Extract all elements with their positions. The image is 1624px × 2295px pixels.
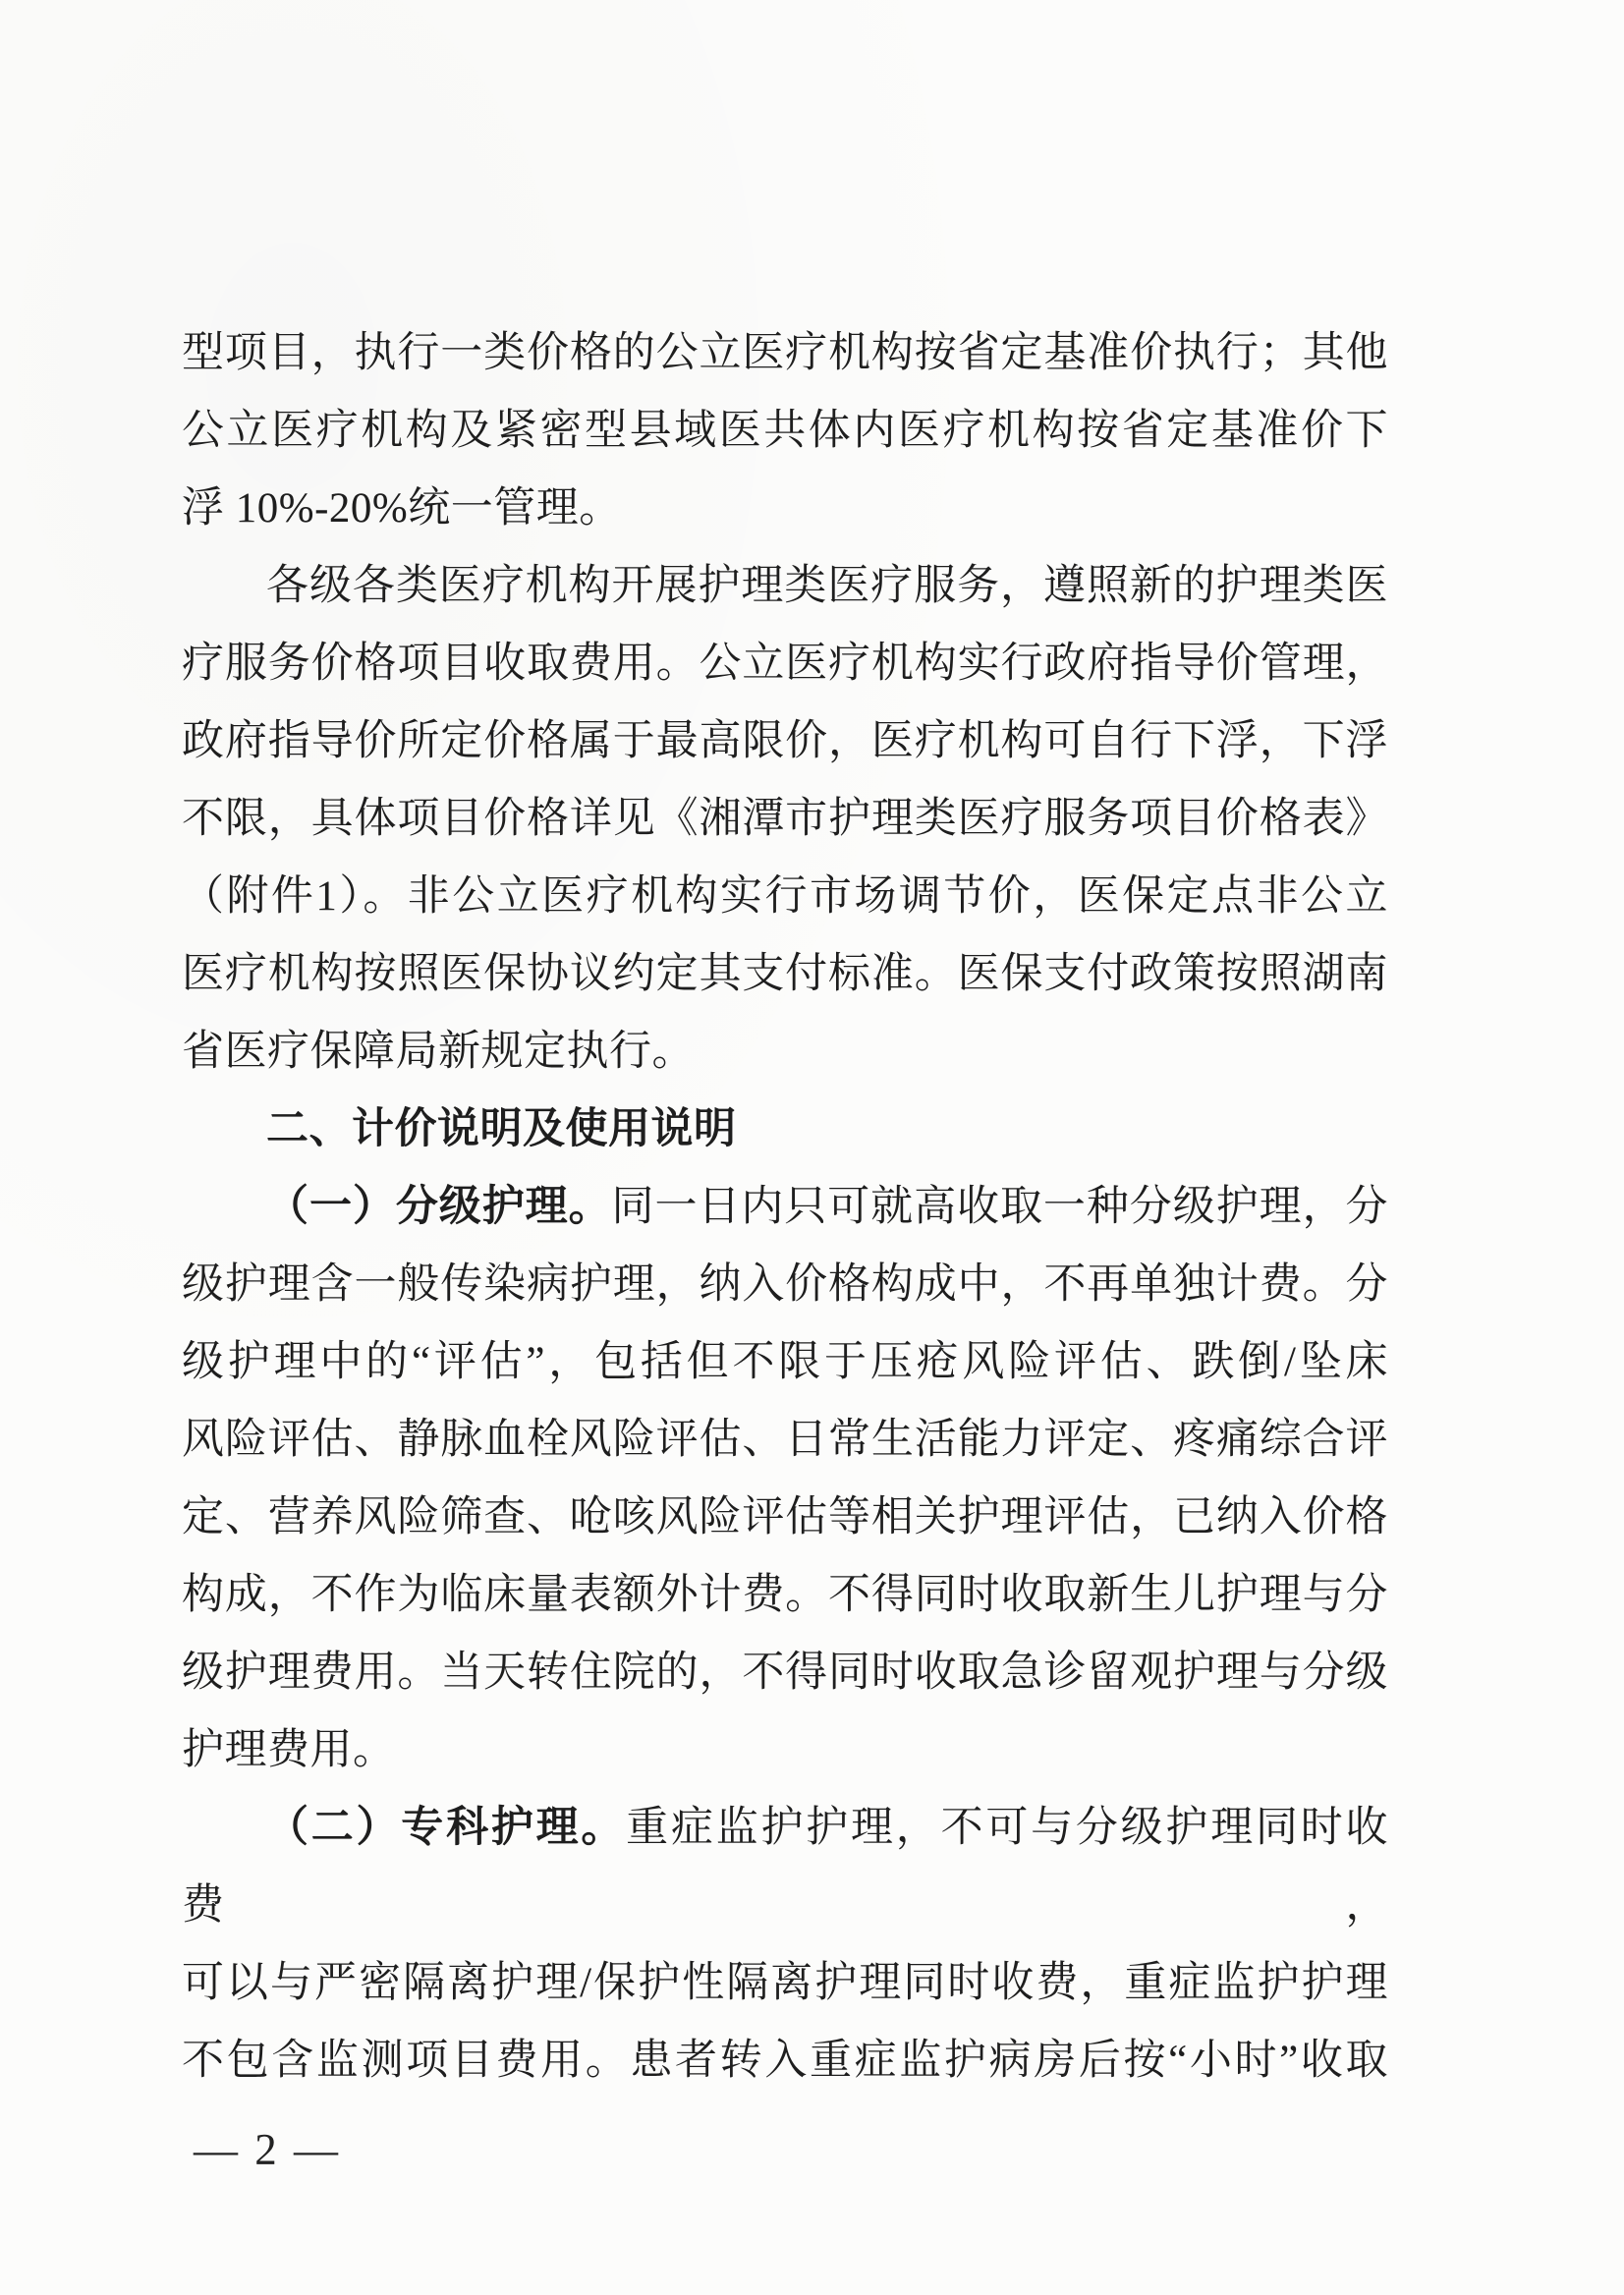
clause-1-line-8: 护理费用。: [182, 1711, 1388, 1789]
p2-line-6: 医疗机构按照医保协议约定其支付标准。医保支付政策按照湖南: [182, 935, 1388, 1013]
clause-1-line-3: 级护理中的“评估”，包括但不限于压疮风险评估、跌倒/坠床: [182, 1323, 1388, 1401]
p1-line-3: 浮 10%-20%统一管理。: [182, 470, 1388, 547]
clause-1-title: （一）分级护理。: [266, 1184, 612, 1230]
clause-1-opening-line: （一）分级护理。同一日内只可就高收取一种分级护理，分: [182, 1168, 1388, 1246]
document-page: 型项目，执行一类价格的公立医疗机构按省定基准价执行；其他 公立医疗机构及紧密型县…: [0, 0, 1624, 2295]
p2-line-4: 不限，具体项目价格详见《湘潭市护理类医疗服务项目价格表》: [182, 780, 1388, 858]
clause-1-line-5: 定、营养风险筛查、呛咳风险评估等相关护理评估，已纳入价格: [182, 1479, 1388, 1556]
p2-line-1: 各级各类医疗机构开展护理类医疗服务，遵照新的护理类医: [182, 547, 1388, 625]
clause-1-line-4: 风险评估、静脉血栓风险评估、日常生活能力评定、疼痛综合评: [182, 1401, 1388, 1479]
clause-2-opening-line: （二）专科护理。重症监护护理，不可与分级护理同时收费，: [182, 1789, 1388, 1944]
section-heading: 二、计价说明及使用说明: [182, 1091, 1388, 1168]
clause-1-line-2: 级护理含一般传染病护理，纳入价格构成中，不再单独计费。分: [182, 1246, 1388, 1323]
document-body: 型项目，执行一类价格的公立医疗机构按省定基准价执行；其他 公立医疗机构及紧密型县…: [182, 314, 1388, 2099]
clause-2-title: （二）专科护理。: [266, 1805, 626, 1851]
clause-2-line-2: 可以与严密隔离护理/保护性隔离护理同时收费，重症监护护理: [182, 1944, 1388, 2022]
p1-line-2: 公立医疗机构及紧密型县域医共体内医疗机构按省定基准价下: [182, 392, 1388, 470]
p2-line-7: 省医疗保障局新规定执行。: [182, 1013, 1388, 1091]
clause-2-line-3: 不包含监测项目费用。患者转入重症监护病房后按“小时”收取: [182, 2022, 1388, 2099]
p2-line-3: 政府指导价所定价格属于最高限价，医疗机构可自行下浮，下浮: [182, 702, 1388, 780]
clause-1-line-7: 级护理费用。当天转住院的，不得同时收取急诊留观护理与分级: [182, 1634, 1388, 1711]
p2-line-5: （附件1）。非公立医疗机构实行市场调节价，医保定点非公立: [182, 858, 1388, 935]
page-number: — 2 —: [194, 2120, 341, 2179]
p2-line-2: 疗服务价格项目收取费用。公立医疗机构实行政府指导价管理，: [182, 625, 1388, 702]
p1-line-1: 型项目，执行一类价格的公立医疗机构按省定基准价执行；其他: [182, 314, 1388, 392]
clause-1-line-6: 构成，不作为临床量表额外计费。不得同时收取新生儿护理与分: [182, 1556, 1388, 1634]
clause-1-opening-text: 同一日内只可就高收取一种分级护理，分: [612, 1184, 1388, 1230]
